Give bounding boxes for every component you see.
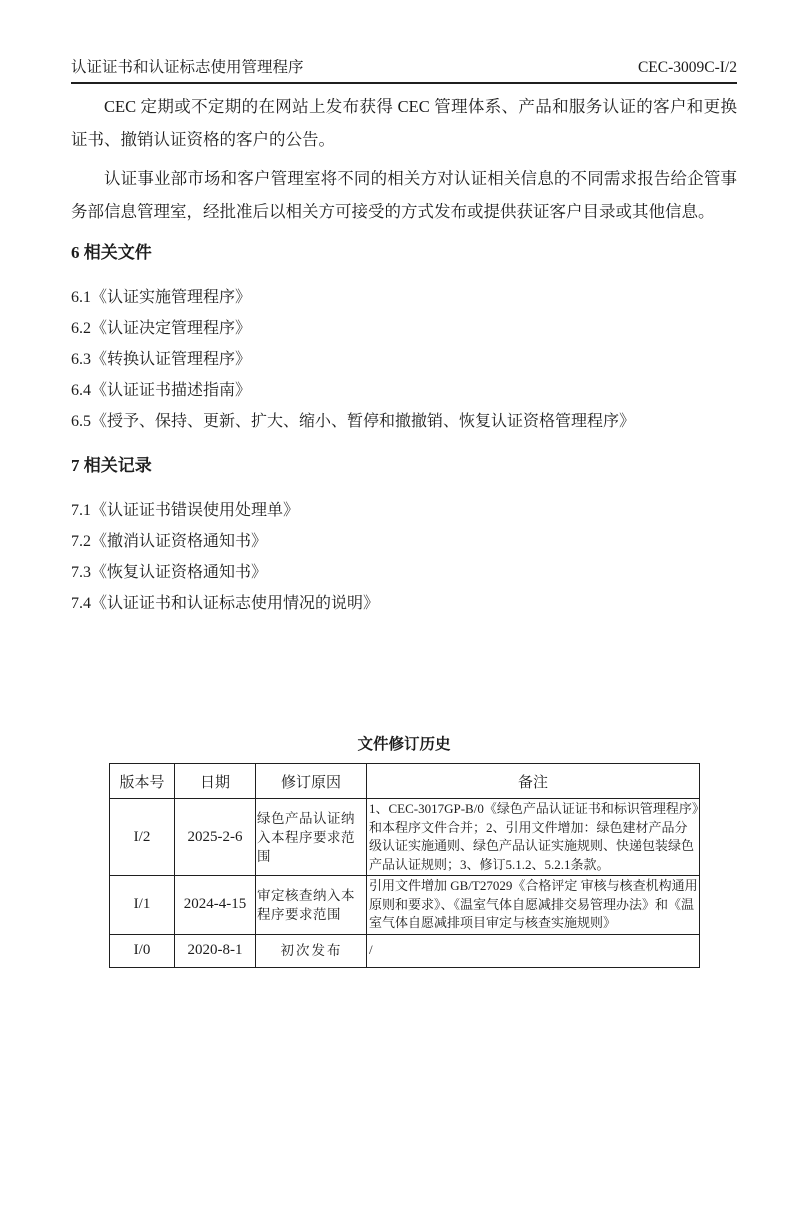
- cell-date: 2020-8-1: [175, 934, 256, 967]
- revision-history-table: 版本号 日期 修订原因 备注 I/2 2025-2-6 绿色产品认证纳入本程序要…: [109, 763, 700, 968]
- list-item: 6.1《认证实施管理程序》: [71, 282, 737, 313]
- paragraph-publication-notice: CEC 定期或不定期的在网站上发布获得 CEC 管理体系、产品和服务认证的客户和…: [71, 90, 737, 156]
- cell-date: 2025-2-6: [175, 799, 256, 876]
- list-item: 7.1《认证证书错误使用处理单》: [71, 495, 737, 526]
- cell-reason: 绿色产品认证纳入本程序要求范围: [256, 799, 367, 876]
- header-doc-title: 认证证书和认证标志使用管理程序: [71, 55, 304, 77]
- cell-version: I/2: [110, 799, 175, 876]
- header-doc-number: CEC-3009C-I/2: [638, 59, 737, 77]
- cell-remark: 引用文件增加 GB/T27029《合格评定 审核与核查机构通用原则和要求》、《温…: [367, 876, 700, 935]
- page-header: 认证证书和认证标志使用管理程序 CEC-3009C-I/2: [71, 55, 737, 84]
- section-6-heading: 6 相关文件: [71, 240, 737, 266]
- table-header-row: 版本号 日期 修订原因 备注: [110, 764, 700, 799]
- page-content: 认证证书和认证标志使用管理程序 CEC-3009C-I/2 CEC 定期或不定期…: [71, 55, 737, 968]
- list-item: 7.3《恢复认证资格通知书》: [71, 557, 737, 588]
- list-item: 7.4《认证证书和认证标志使用情况的说明》: [71, 588, 737, 619]
- table-row: I/2 2025-2-6 绿色产品认证纳入本程序要求范围 1、CEC-3017G…: [110, 799, 700, 876]
- cell-reason: 审定核查纳入本程序要求范围: [256, 876, 367, 935]
- cell-version: I/0: [110, 934, 175, 967]
- section-7-heading: 7 相关记录: [71, 453, 737, 479]
- column-header-date: 日期: [175, 764, 256, 799]
- list-item: 6.2《认证决定管理程序》: [71, 313, 737, 344]
- cell-date: 2024-4-15: [175, 876, 256, 935]
- list-item: 6.4《认证证书描述指南》: [71, 375, 737, 406]
- cell-version: I/1: [110, 876, 175, 935]
- list-item: 6.3《转换认证管理程序》: [71, 344, 737, 375]
- document-page: 认证证书和认证标志使用管理程序 CEC-3009C-I/2 CEC 定期或不定期…: [0, 0, 808, 1218]
- table-row: I/0 2020-8-1 初次发布 /: [110, 934, 700, 967]
- section-6-list: 6.1《认证实施管理程序》 6.2《认证决定管理程序》 6.3《转换认证管理程序…: [71, 282, 737, 437]
- table-row: I/1 2024-4-15 审定核查纳入本程序要求范围 引用文件增加 GB/T2…: [110, 876, 700, 935]
- list-item: 7.2《撤消认证资格通知书》: [71, 526, 737, 557]
- revision-table-title: 文件修订历史: [71, 735, 737, 755]
- cell-remark: 1、CEC-3017GP-B/0《绿色产品认证证书和标识管理程序》和本程序文件合…: [367, 799, 700, 876]
- section-7-list: 7.1《认证证书错误使用处理单》 7.2《撤消认证资格通知书》 7.3《恢复认证…: [71, 495, 737, 619]
- list-item: 6.5《授予、保持、更新、扩大、缩小、暂停和撤撤销、恢复认证资格管理程序》: [71, 406, 737, 437]
- cell-remark: /: [367, 934, 700, 967]
- column-header-remark: 备注: [367, 764, 700, 799]
- revision-history-block: 文件修订历史 版本号 日期 修订原因 备注: [71, 735, 737, 968]
- column-header-version: 版本号: [110, 764, 175, 799]
- paragraph-information-release: 认证事业部市场和客户管理室将不同的相关方对认证相关信息的不同需求报告给企管事务部…: [71, 162, 737, 228]
- cell-reason: 初次发布: [256, 934, 367, 967]
- column-header-reason: 修订原因: [256, 764, 367, 799]
